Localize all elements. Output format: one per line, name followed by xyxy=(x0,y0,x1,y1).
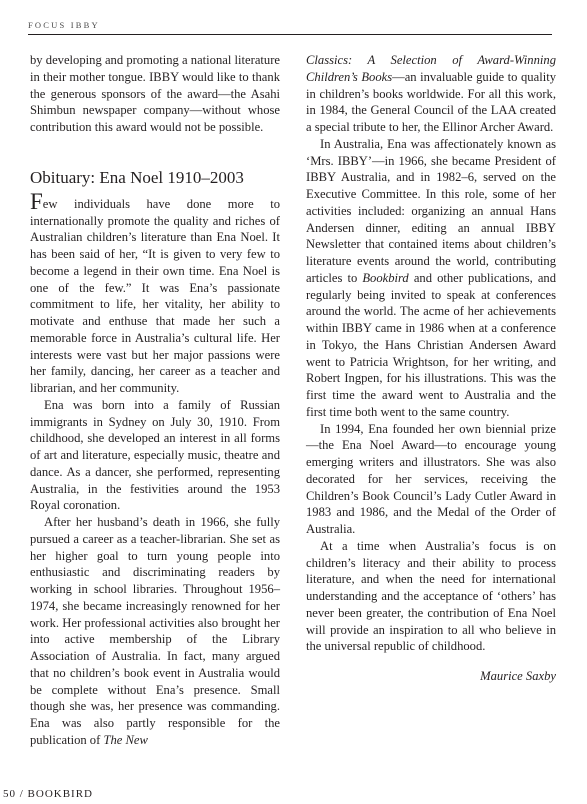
paragraph-1-text: ew individuals have done more to interna… xyxy=(30,197,280,395)
paragraph-1: Few individuals have done more to intern… xyxy=(30,195,280,397)
bookbird-italic: Bookbird xyxy=(362,271,408,285)
right-column: Classics: A Selection of Award-Winning C… xyxy=(306,52,556,685)
paragraph-3-text: After her husband’s death in 1966, she f… xyxy=(30,515,280,747)
paragraph-5: In 1994, Ena founded her own biennial pr… xyxy=(306,421,556,538)
paragraph-3-continued: Classics: A Selection of Award-Winning C… xyxy=(306,52,556,136)
header-rule xyxy=(28,34,552,35)
book-title-italic: The New xyxy=(103,733,147,747)
paragraph-6: At a time when Australia’s focus is on c… xyxy=(306,538,556,655)
paragraph-2: Ena was born into a family of Russian im… xyxy=(30,397,280,514)
article-heading: Obituary: Ena Noel 1910–2003 xyxy=(30,167,280,189)
author-signature: Maurice Saxby xyxy=(306,668,556,685)
intro-paragraph: by developing and promoting a national l… xyxy=(30,52,280,136)
paragraph-3: After her husband’s death in 1966, she f… xyxy=(30,514,280,749)
paragraph-4: In Australia, Ena was affectionately kno… xyxy=(306,136,556,421)
paragraph-4-text-a: In Australia, Ena was affectionately kno… xyxy=(306,137,556,285)
paragraph-4-text-b: and other publications, and regularly be… xyxy=(306,271,556,419)
left-column: by developing and promoting a national l… xyxy=(30,52,280,749)
page-folio: 50 / BOOKBIRD xyxy=(3,788,93,800)
drop-cap: F xyxy=(30,189,43,214)
running-head: FOCUS IBBY xyxy=(28,20,100,30)
